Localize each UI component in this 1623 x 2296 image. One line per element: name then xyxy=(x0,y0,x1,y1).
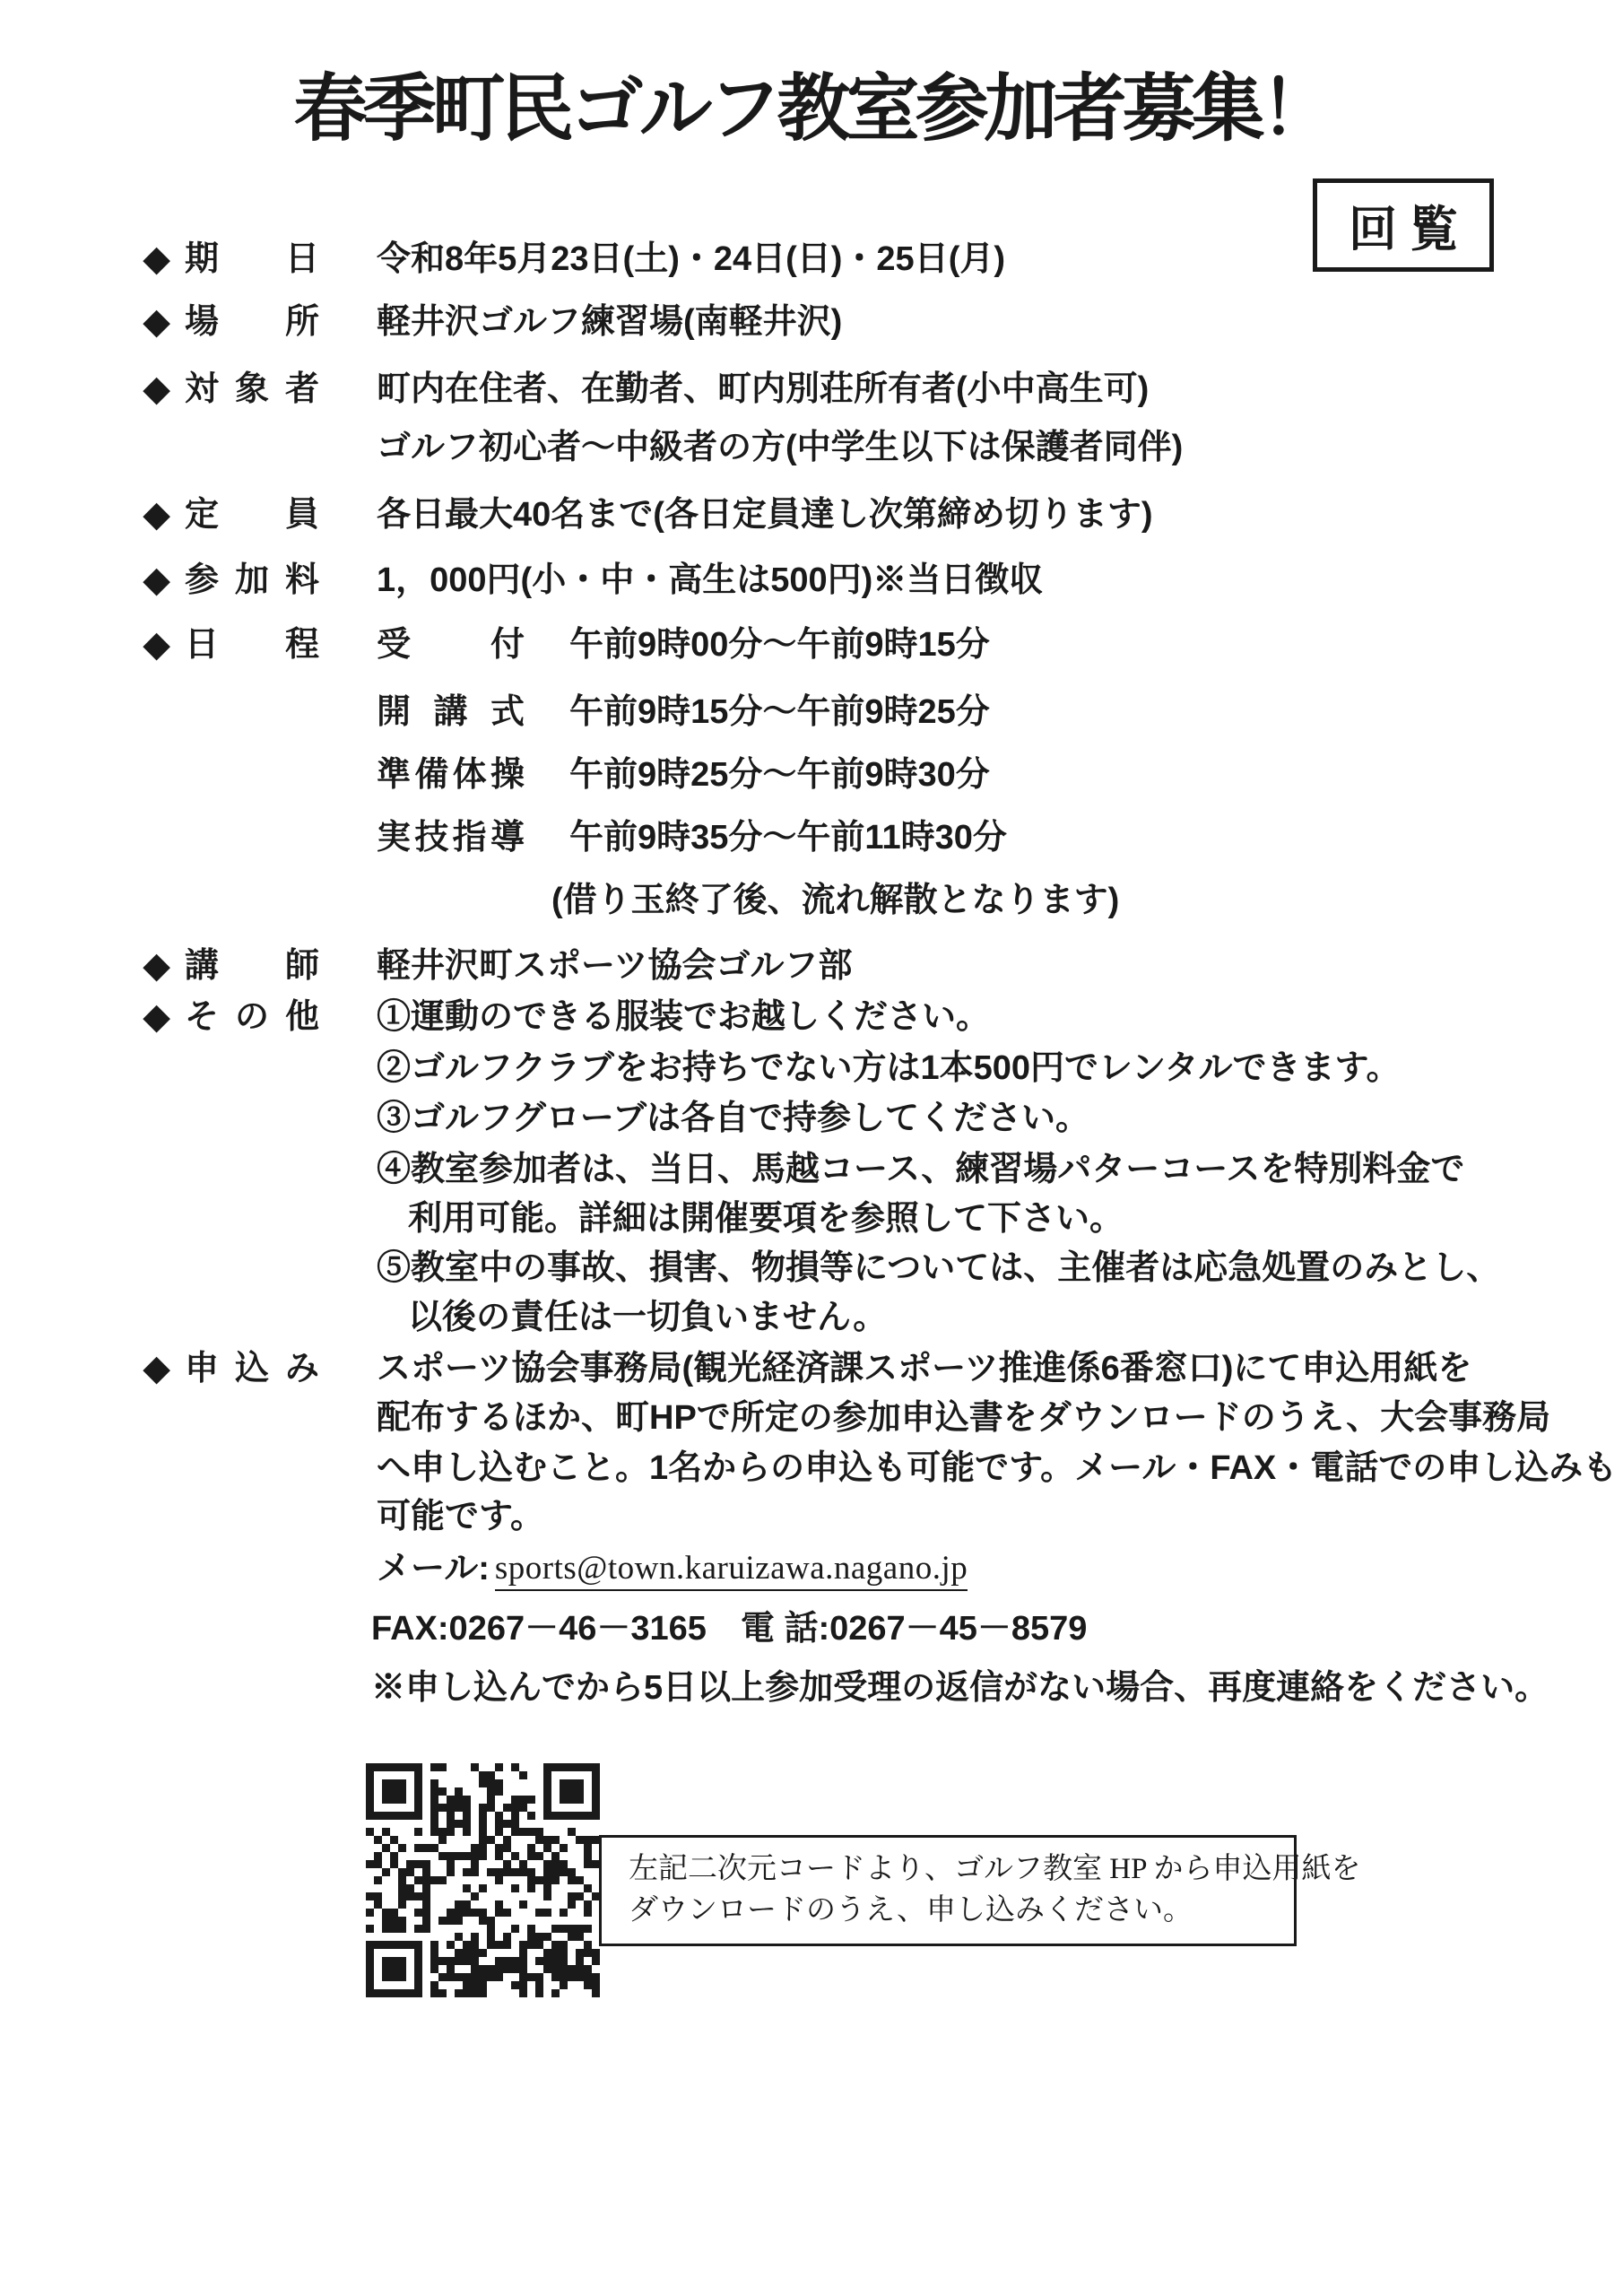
schedule-item-warmup: 準備体操 午前9時25分～午前9時30分 xyxy=(377,754,990,796)
field-label-capacity: 定員 xyxy=(185,494,319,535)
qr-note-box: 左記二次元コードより、ゴルフ教室 HP から申込用紙を ダウンロードのうえ、申し… xyxy=(599,1835,1297,1946)
other-item-5-cont: 以後の責任は一切負いません。 xyxy=(408,1297,887,1338)
field-label-date: 期日 xyxy=(185,239,319,280)
other-item-4-cont: 利用可能。詳細は開催要項を参照して下さい。 xyxy=(408,1198,1124,1239)
field-row-other: ◆ その他 ①運動のできる服装でお越しください。 xyxy=(143,996,990,1038)
other-item-1: ①運動のできる服装でお越しください。 xyxy=(377,996,990,1038)
schedule-item-name: 受付 xyxy=(377,624,525,665)
circulation-stamp-box: 回覧 xyxy=(1313,178,1494,272)
diamond-bullet-icon: ◆ xyxy=(143,996,181,1038)
flyer-page: 春季町民ゴルフ教室参加者募集！ 回覧 ◆ 期日 令和8年5月23日(土)・24日… xyxy=(0,0,1623,2296)
diamond-bullet-icon: ◆ xyxy=(143,1348,181,1389)
circulation-stamp-text: 回覧 xyxy=(1349,191,1471,260)
other-item-3: ③ゴルフグローブは各自で持参してください。 xyxy=(377,1098,1089,1139)
schedule-note: (借り玉終了後、流れ解散となります) xyxy=(551,880,1119,921)
schedule-item-time: 午前9時25分～午前9時30分 xyxy=(569,754,990,796)
field-value-date: 令和8年5月23日(土)・24日(日)・25日(月) xyxy=(377,239,1005,280)
field-label-target: 対象者 xyxy=(185,369,319,410)
field-row-schedule: ◆ 日程 受付 午前9時00分～午前9時15分 xyxy=(143,624,990,665)
diamond-bullet-icon: ◆ xyxy=(143,624,181,665)
diamond-bullet-icon: ◆ xyxy=(143,945,181,987)
other-item-2: ②ゴルフクラブをお持ちでない方は1本500円でレンタルできます。 xyxy=(377,1048,1401,1089)
qr-note-line-1: 左記二次元コードより、ゴルフ教室 HP から申込用紙を xyxy=(629,1848,1285,1890)
mail-row: メール: sports@town.karuizawa.nagano.jp xyxy=(377,1548,968,1591)
schedule-item-name: 実技指導 xyxy=(377,817,525,858)
fax-phone-row: FAX:0267－46－3165 電 話:0267－45－8579 xyxy=(371,1608,1087,1649)
other-item-4: ④教室参加者は、当日、馬越コース、練習場パターコースを特別料金で xyxy=(377,1149,1464,1190)
mail-label: メール: xyxy=(377,1548,490,1591)
diamond-bullet-icon: ◆ xyxy=(143,494,181,535)
field-row-date: ◆ 期日 令和8年5月23日(土)・24日(日)・25日(月) xyxy=(143,239,1005,280)
diamond-bullet-icon: ◆ xyxy=(143,369,181,410)
field-row-capacity: ◆ 定員 各日最大40名まで(各日定員達し次第締め切ります) xyxy=(143,494,1153,535)
schedule-item-time: 午前9時35分～午前11時30分 xyxy=(569,817,1007,858)
field-row-place: ◆ 場所 軽井沢ゴルフ練習場(南軽井沢) xyxy=(143,301,842,343)
field-value-instructor: 軽井沢町スポーツ協会ゴルフ部 xyxy=(377,945,852,987)
application-line-1: スポーツ協会事務局(観光経済課スポーツ推進係6番窓口)にて申込用紙を xyxy=(377,1348,1471,1389)
application-line-2: 配布するほか、町HPで所定の参加申込書をダウンロードのうえ、大会事務局 xyxy=(377,1397,1550,1439)
application-line-3: へ申し込むこと。1名からの申込も可能です。メール・FAX・電話での申し込みも xyxy=(377,1448,1617,1489)
diamond-bullet-icon: ◆ xyxy=(143,560,181,601)
field-row-fee: ◆ 参加料 1，000円(小・中・高生は500円)※当日徴収 xyxy=(143,560,1043,601)
field-row-application: ◆ 申込み スポーツ協会事務局(観光経済課スポーツ推進係6番窓口)にて申込用紙を xyxy=(143,1348,1471,1389)
field-label-fee: 参加料 xyxy=(185,560,319,601)
other-item-5: ⑤教室中の事故、損害、物損等については、主催者は応急処置のみとし、 xyxy=(377,1248,1500,1289)
field-row-target: ◆ 対象者 町内在住者、在勤者、町内別荘所有者(小中高生可) xyxy=(143,369,1149,410)
schedule-item-opening: 開講式 午前9時15分～午前9時25分 xyxy=(377,691,990,733)
field-label-place: 場所 xyxy=(185,301,319,343)
field-label-application: 申込み xyxy=(185,1348,319,1389)
field-value-capacity: 各日最大40名まで(各日定員達し次第締め切ります) xyxy=(377,494,1153,535)
page-title: 春季町民ゴルフ教室参加者募集！ xyxy=(0,50,1623,155)
field-label-other: その他 xyxy=(185,996,319,1038)
field-value-target: 町内在住者、在勤者、町内別荘所有者(小中高生可) xyxy=(377,369,1149,410)
contact-note: ※申し込んでから5日以上参加受理の返信がない場合、再度連絡をください。 xyxy=(371,1667,1549,1709)
qr-code xyxy=(366,1763,600,1997)
schedule-item-reception: 受付 午前9時00分～午前9時15分 xyxy=(377,624,990,665)
schedule-item-practice: 実技指導 午前9時35分～午前11時30分 xyxy=(377,817,1007,858)
field-label-schedule: 日程 xyxy=(185,624,319,665)
field-label-instructor: 講師 xyxy=(185,945,319,987)
application-line-4: 可能です。 xyxy=(377,1496,544,1537)
qr-note-line-2: ダウンロードのうえ、申し込みください。 xyxy=(629,1890,1285,1931)
schedule-item-time: 午前9時00分～午前9時15分 xyxy=(569,624,990,665)
schedule-item-name: 準備体操 xyxy=(377,754,525,796)
diamond-bullet-icon: ◆ xyxy=(143,301,181,343)
field-row-instructor: ◆ 講師 軽井沢町スポーツ協会ゴルフ部 xyxy=(143,945,852,987)
field-value-target-line2: ゴルフ初心者～中級者の方(中学生以下は保護者同伴) xyxy=(377,427,1183,468)
mail-address: sports@town.karuizawa.nagano.jp xyxy=(495,1548,968,1591)
schedule-item-name: 開講式 xyxy=(377,691,525,733)
field-value-place: 軽井沢ゴルフ練習場(南軽井沢) xyxy=(377,301,842,343)
schedule-item-time: 午前9時15分～午前9時25分 xyxy=(569,691,990,733)
field-value-fee: 1，000円(小・中・高生は500円)※当日徴収 xyxy=(377,560,1043,601)
diamond-bullet-icon: ◆ xyxy=(143,239,181,280)
